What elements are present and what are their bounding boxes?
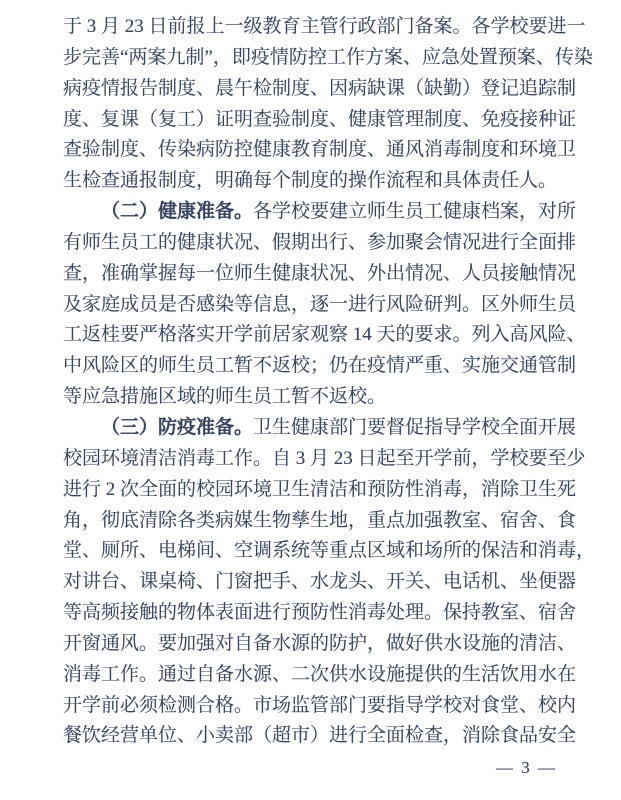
line-text: 卫生健康部门要督促指导学校全面开展 — [253, 417, 576, 438]
line-text: 开窗通风。要加强对自备水源的防护，做好供水设施的清洁、 — [63, 633, 576, 654]
line-text: 度、复课（复工）证明查验制度、健康管理制度、免疫接种证 — [63, 109, 576, 130]
line-text: 消毒工作。通过自备水源、二次供水设施提供的生活饮用水在 — [63, 664, 576, 685]
section-heading-label: （三）防疫准备。 — [101, 417, 253, 438]
line-text: 工返桂要严格落实开学前居家观察 14 天的要求。列入高风险、 — [63, 324, 586, 345]
line-text: 等高频接触的物体表面进行预防性消毒处理。保持教室、宿舍 — [63, 602, 576, 623]
line-text: 餐饮经营单位、小卖部（超市）进行全面检查，消除食品安全 — [63, 725, 576, 746]
document-line: 查验制度、传染病防控健康教育制度、通风消毒制度和环境卫 — [63, 135, 557, 166]
document-line: 进行 2 次全面的校园环境卫生清洁和预防性消毒，消除卫生死 — [63, 475, 557, 506]
line-text: 生检查通报制度，明确每个制度的操作流程和具体责任人。 — [63, 170, 557, 191]
line-text: 角，彻底清除各类病媒生物孳生地，重点加强教室、宿舍、食 — [63, 510, 576, 531]
document-line-section-heading: （二）健康准备。各学校要建立师生员工健康档案，对所 — [63, 197, 557, 228]
document-line: 度、复课（复工）证明查验制度、健康管理制度、免疫接种证 — [63, 105, 557, 136]
line-text: 校园环境清洁消毒工作。自 3 月 23 日起至开学前，学校要至少 — [63, 448, 586, 469]
document-line: 等应急措施区域的师生员工暂不返校。 — [63, 382, 557, 413]
document-line: 生检查通报制度，明确每个制度的操作流程和具体责任人。 — [63, 166, 557, 197]
line-text: 进行 2 次全面的校园环境卫生清洁和预防性消毒，消除卫生死 — [63, 479, 576, 500]
document-line: 病疫情报告制度、晨午检制度、因病缺课（缺勤）登记追踪制 — [63, 74, 557, 105]
document-line: 开窗通风。要加强对自备水源的防护，做好供水设施的清洁、 — [63, 629, 557, 660]
line-text: 有师生员工的健康状况、假期出行、参加聚会情况进行全面排 — [63, 232, 576, 253]
line-text: 病疫情报告制度、晨午检制度、因病缺课（缺勤）登记追踪制 — [63, 78, 576, 99]
document-line: 步完善“两案九制”，即疫情防控工作方案、应急处置预案、传染 — [63, 43, 557, 74]
document-line: 查，准确掌握每一位师生健康状况、外出情况、人员接触情况 — [63, 259, 557, 290]
document-line: 餐饮经营单位、小卖部（超市）进行全面检查，消除食品安全 — [63, 721, 557, 752]
document-line: 及家庭成员是否感染等信息，逐一进行风险研判。区外师生员 — [63, 290, 557, 321]
line-text: 于 3 月 23 日前报上一级教育主管行政部门备案。各学校要进一 — [63, 16, 586, 37]
document-line: 开学前必须检测合格。市场监管部门要指导学校对食堂、校内 — [63, 691, 557, 722]
document-line: 工返桂要严格落实开学前居家观察 14 天的要求。列入高风险、 — [63, 320, 557, 351]
document-line: 等高频接触的物体表面进行预防性消毒处理。保持教室、宿舍 — [63, 598, 557, 629]
document-line: 对讲台、课桌椅、门窗把手、水龙头、开关、电话机、坐便器 — [63, 567, 557, 598]
line-text: 中风险区的师生员工暂不返校；仍在疫情严重、实施交通管制 — [63, 355, 576, 376]
document-body: 于 3 月 23 日前报上一级教育主管行政部门备案。各学校要进一 步完善“两案九… — [63, 12, 557, 752]
line-text: 等应急措施区域的师生员工暂不返校。 — [63, 386, 386, 407]
section-heading-label: （二）健康准备。 — [101, 201, 253, 222]
document-line: 中风险区的师生员工暂不返校；仍在疫情严重、实施交通管制 — [63, 351, 557, 382]
document-page: 于 3 月 23 日前报上一级教育主管行政部门备案。各学校要进一 步完善“两案九… — [0, 0, 621, 800]
line-text: 步完善“两案九制”，即疫情防控工作方案、应急处置预案、传染 — [63, 47, 593, 68]
document-line: 消毒工作。通过自备水源、二次供水设施提供的生活饮用水在 — [63, 660, 557, 691]
document-line: 有师生员工的健康状况、假期出行、参加聚会情况进行全面排 — [63, 228, 557, 259]
document-line: 堂、厕所、电梯间、空调系统等重点区域和场所的保洁和消毒， — [63, 536, 557, 567]
line-text: 堂、厕所、电梯间、空调系统等重点区域和场所的保洁和消毒， — [63, 540, 595, 561]
line-text: 各学校要建立师生员工健康档案，对所 — [253, 201, 576, 222]
line-text: 查验制度、传染病防控健康教育制度、通风消毒制度和环境卫 — [63, 139, 576, 160]
line-text: 对讲台、课桌椅、门窗把手、水龙头、开关、电话机、坐便器 — [63, 571, 576, 592]
document-line: 校园环境清洁消毒工作。自 3 月 23 日起至开学前，学校要至少 — [63, 444, 557, 475]
document-line: 于 3 月 23 日前报上一级教育主管行政部门备案。各学校要进一 — [63, 12, 557, 43]
page-number: — 3 — — [496, 757, 557, 779]
line-text: 开学前必须检测合格。市场监管部门要指导学校对食堂、校内 — [63, 695, 576, 716]
line-text: 查，准确掌握每一位师生健康状况、外出情况、人员接触情况 — [63, 263, 576, 284]
document-line: 角，彻底清除各类病媒生物孳生地，重点加强教室、宿舍、食 — [63, 506, 557, 537]
line-text: 及家庭成员是否感染等信息，逐一进行风险研判。区外师生员 — [63, 294, 576, 315]
document-line-section-heading: （三）防疫准备。卫生健康部门要督促指导学校全面开展 — [63, 413, 557, 444]
